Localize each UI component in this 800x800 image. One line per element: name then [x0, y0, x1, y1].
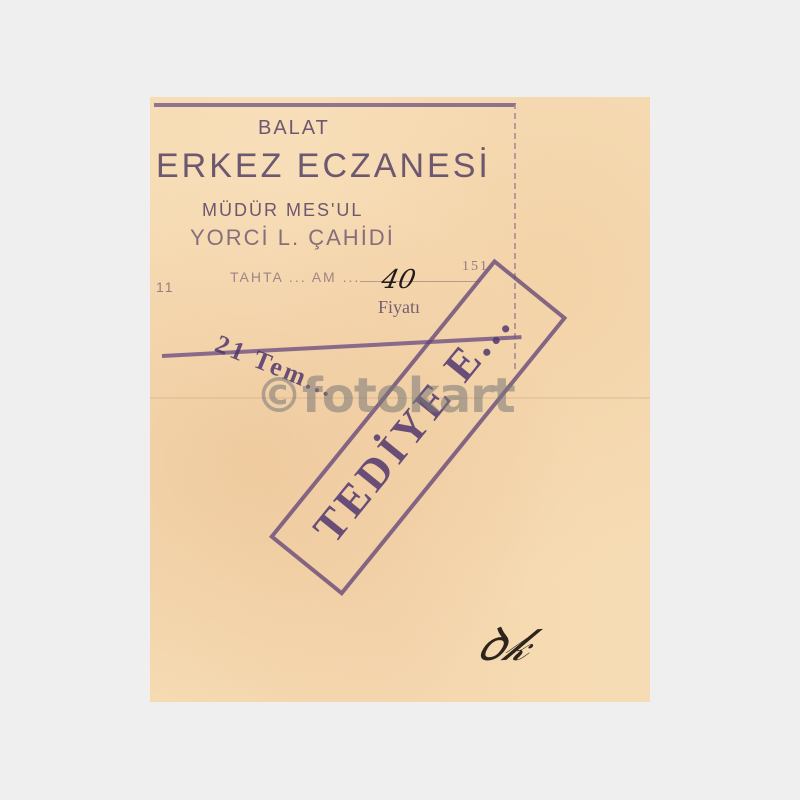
signature: ꝺ𝓀 — [469, 612, 544, 674]
stamp-pharmacy-name: ERKEZ ECZANESİ — [156, 147, 491, 186]
handwritten-price: 40 — [379, 265, 418, 295]
stamp-manager-name: YORCİ L. ÇAHİDİ — [190, 225, 395, 251]
price-underline — [360, 281, 480, 282]
price-label: Fiyatı — [378, 297, 420, 318]
stamp-address: TAHTA ... AM ... — [230, 269, 360, 285]
stamp-title-line: MÜDÜR MES'UL — [202, 200, 363, 221]
stamp-district: BALAT — [258, 117, 330, 140]
stamp-left-fragment: 11 — [156, 279, 175, 295]
watermark: ©fotokart — [255, 368, 515, 424]
